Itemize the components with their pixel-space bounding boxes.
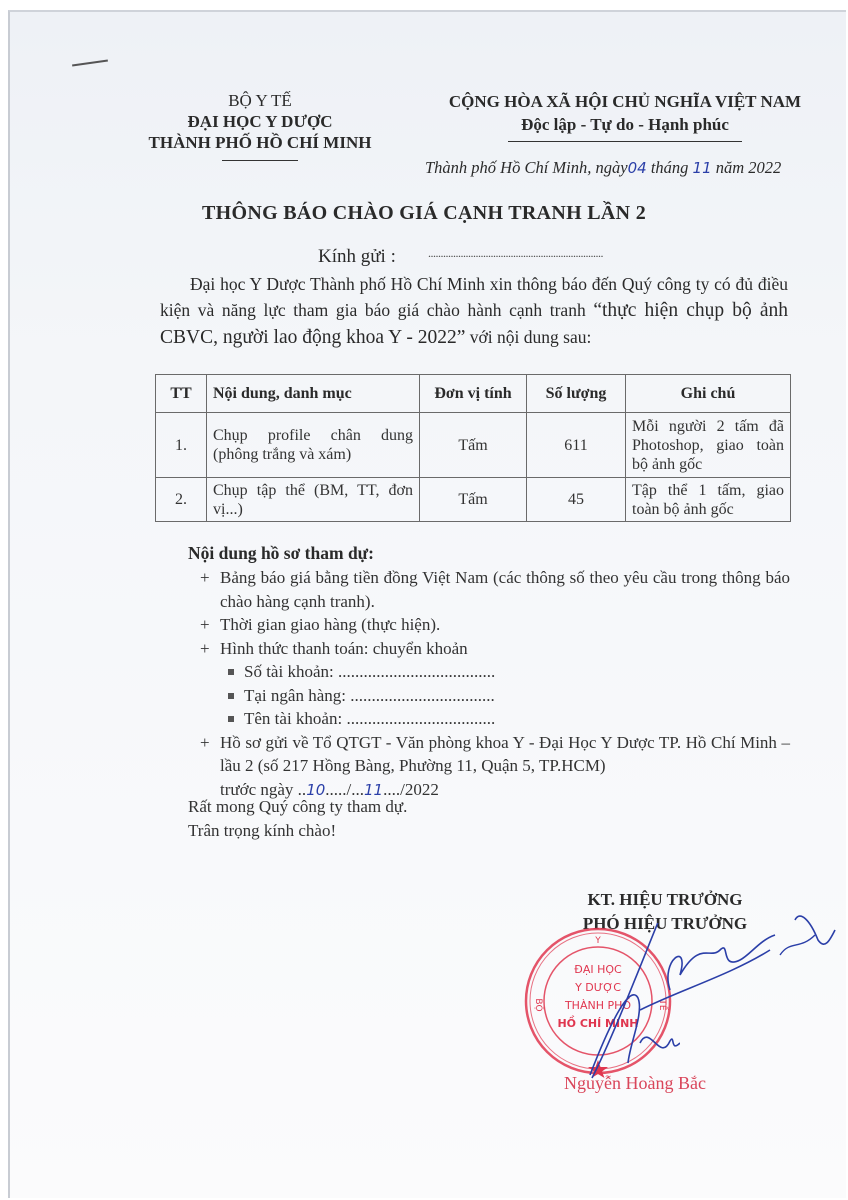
svg-text:Y: Y (594, 936, 601, 946)
payment-field-bank: Tại ngân hàng: .........................… (200, 684, 790, 708)
col-header-content: Nội dung, danh mục (207, 375, 420, 413)
ministry-name: BỘ Y TẾ (130, 90, 390, 111)
document-date: Thành phố Hồ Chí Minh, ngày04 tháng 11 n… (425, 158, 781, 178)
svg-text:THÀNH PHỐ: THÀNH PHỐ (564, 998, 631, 1012)
university-city: THÀNH PHỐ HỒ CHÍ MINH (130, 132, 390, 153)
nation-name: CỘNG HÒA XÃ HỘI CHỦ NGHĨA VIỆT NAM (405, 90, 845, 113)
svg-text:HỒ CHÍ MINH: HỒ CHÍ MINH (557, 1015, 638, 1030)
signature-icon (640, 880, 840, 1040)
list-item: +Thời gian giao hàng (thực hiện). (200, 613, 790, 637)
square-bullet-icon (228, 669, 234, 675)
national-motto: Độc lập - Tự do - Hạnh phúc (405, 113, 845, 136)
plus-bullet-icon: + (200, 613, 210, 637)
plus-bullet-icon: + (200, 731, 210, 755)
header-left-divider (222, 160, 298, 161)
handwritten-day: 04 (628, 159, 647, 177)
table-row: 2. Chụp tập thể (BM, TT, đơn vị...) Tấm … (156, 478, 791, 522)
square-bullet-icon (228, 716, 234, 722)
recipient-label: Kính gửi : (318, 246, 396, 268)
svg-text:ĐẠI HỌC: ĐẠI HỌC (574, 963, 622, 976)
payment-field-account-number: Số tài khoản: ..........................… (200, 660, 790, 684)
square-bullet-icon (228, 693, 234, 699)
col-header-unit: Đơn vị tính (420, 375, 527, 413)
requirements-heading: Nội dung hồ sơ tham dự: (188, 543, 374, 564)
header-right-divider (508, 141, 742, 142)
document-title: THÔNG BÁO CHÀO GIÁ CẠNH TRANH LẦN 2 (0, 202, 848, 225)
recipient-blank: ........................................… (428, 246, 603, 261)
intro-paragraph: Đại học Y Dược Thành phố Hồ Chí Minh xin… (160, 271, 788, 351)
requirements-list: +Bảng báo giá bằng tiền đồng Việt Nam (c… (200, 566, 790, 802)
col-header-note: Ghi chú (626, 375, 791, 413)
closing-remarks: Rất mong Quý công ty tham dự. Trân trọng… (188, 795, 407, 842)
payment-field-account-name: Tên tài khoản: .........................… (200, 707, 790, 731)
national-header: CỘNG HÒA XÃ HỘI CHỦ NGHĨA VIỆT NAM Độc l… (405, 90, 845, 136)
col-header-qty: Số lượng (527, 375, 626, 413)
list-item-submission: +Hồ sơ gửi về Tổ QTGT - Văn phòng khoa Y… (200, 731, 790, 803)
plus-bullet-icon: + (200, 566, 210, 590)
handwritten-month: 11 (693, 159, 712, 177)
items-table: TT Nội dung, danh mục Đơn vị tính Số lượ… (155, 374, 791, 522)
issuer-header: BỘ Y TẾ ĐẠI HỌC Y DƯỢC THÀNH PHỐ HỒ CHÍ … (130, 90, 390, 153)
pen-mark (72, 60, 108, 67)
list-item: +Hình thức thanh toán: chuyển khoản (200, 637, 790, 661)
signer-name: Nguyễn Hoàng Bắc (555, 1073, 715, 1094)
table-row: 1. Chụp profile chân dung (phông trắng v… (156, 413, 791, 478)
university-name: ĐẠI HỌC Y DƯỢC (130, 111, 390, 132)
plus-bullet-icon: + (200, 637, 210, 661)
table-header-row: TT Nội dung, danh mục Đơn vị tính Số lượ… (156, 375, 791, 413)
col-header-tt: TT (156, 375, 207, 413)
svg-text:BỘ: BỘ (533, 998, 545, 1011)
list-item: +Bảng báo giá bằng tiền đồng Việt Nam (c… (200, 566, 790, 613)
svg-text:Y DƯỢC: Y DƯỢC (574, 981, 621, 994)
